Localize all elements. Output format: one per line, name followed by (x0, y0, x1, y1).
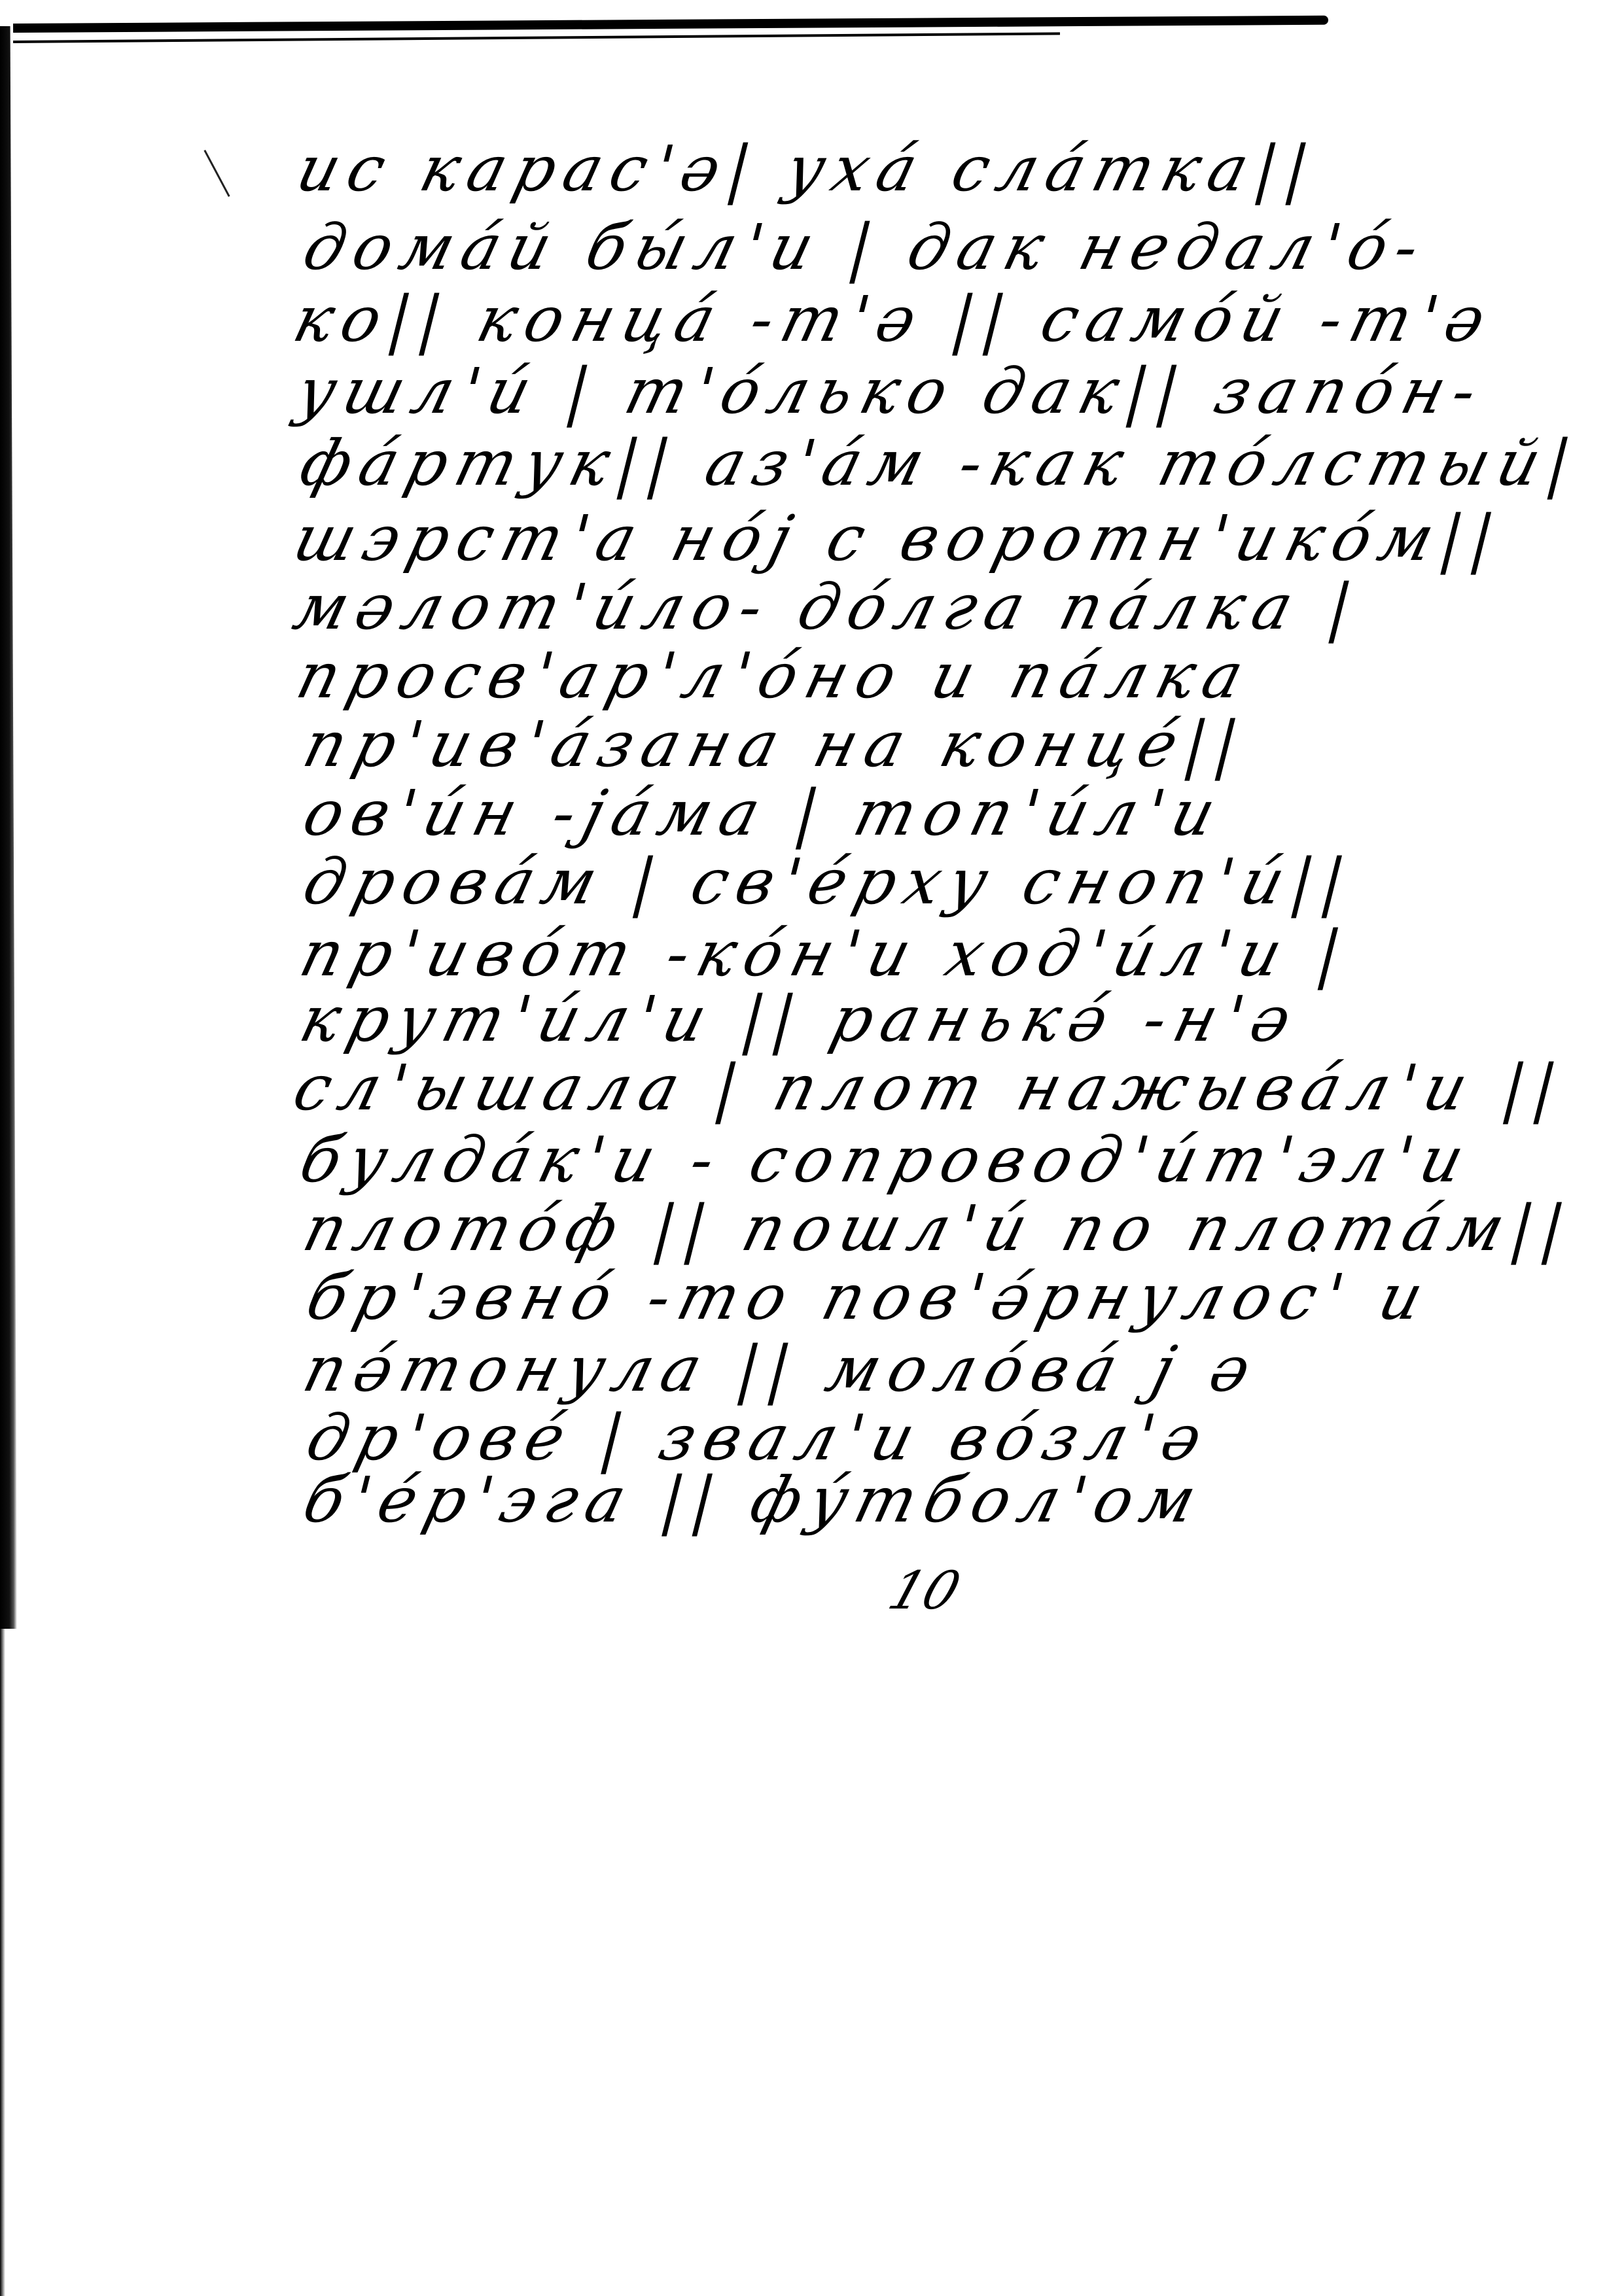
handwritten-line: фа́ртук|| аз'а́м -как то́лстый| (294, 432, 1586, 495)
scan-left-edge-lower (0, 1629, 5, 2296)
page-number: 10 (881, 1560, 968, 1621)
scan-top-border (13, 16, 1328, 33)
handwritten-line: мəлот'и́ло- до́лга па́лка | (288, 576, 1368, 638)
handwritten-line: булда́к'и - сопровод'и́т'эл'и (294, 1128, 1479, 1191)
handwritten-line: пр'ив'а́зана на конце́|| (298, 713, 1254, 776)
handwritten-line: сл'ышала | плот нажыва́л'и || (288, 1056, 1572, 1119)
handwritten-line: ис карас'ə| уха́ сла́тка|| (291, 137, 1324, 200)
scan-top-border-thin (13, 32, 1060, 43)
handwritten-line: ов'и́н -jáма | топ'и́л'и (298, 782, 1230, 844)
handwritten-line: пə́тонула || моло́ва́ j ə (298, 1338, 1265, 1400)
handwritten-line: дрова́м | св'е́рху сноп'и́|| (298, 850, 1360, 913)
handwritten-line: пр'иво́т -ко́н'и ход'и́л'и | (294, 922, 1356, 985)
margin-tick-mark (203, 150, 230, 197)
scanned-page: ис карас'ə| уха́ сла́тка|| дома́й бы́л'и… (0, 0, 1607, 2296)
handwritten-line: шэрст'а но́j с воротн'ико́м|| (288, 507, 1510, 570)
handwritten-line: крут'и́л'и || ранькə́ -н'ə (294, 988, 1306, 1051)
handwritten-line: плото́ф || пошл'и́ по плота́м|| (298, 1197, 1580, 1260)
handwritten-line: ушл'и́ | т'о́лько дак|| запо́н- (291, 360, 1492, 423)
handwritten-line: б'е́р'эга || фу́тбол'ом (298, 1469, 1211, 1531)
scan-left-edge-shadow (0, 26, 17, 1629)
handwritten-line: просв'ар'л'о́но и па́лка (291, 644, 1258, 707)
handwritten-line: дома́й бы́л'и | дак недал'о́- (298, 216, 1434, 279)
handwritten-line: др'ове́ | звал'и во́зл'ə (301, 1406, 1217, 1469)
handwritten-line: ко|| конца́ -т'ə || само́й -т'ə (288, 288, 1500, 351)
handwritten-line: бр'эвно́ -то пов'ə́рнулос' и (301, 1266, 1438, 1329)
